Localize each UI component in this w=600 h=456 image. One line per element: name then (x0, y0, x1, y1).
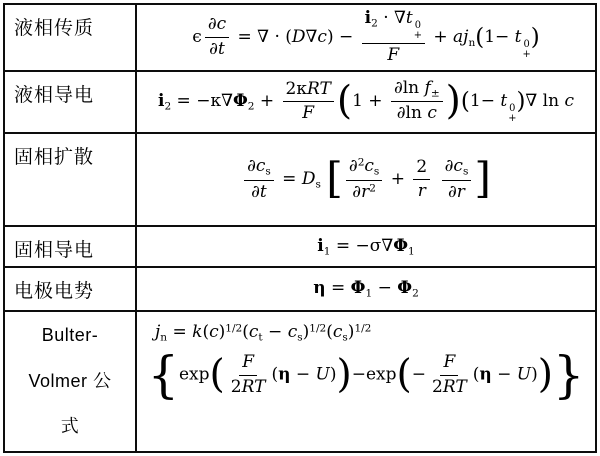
row-label-line: Volmer 公 (5, 359, 135, 405)
equations-table: 液相传质 ϵ∂c∂t = ∇ · (D∇c) − i2 · ∇t0+F + aj… (3, 3, 597, 453)
row-label: 固相扩散 (14, 147, 94, 168)
row-label: 液相导电 (14, 85, 94, 106)
table-row-butler-volmer: Bulter- Volmer 公 式 jn = k(c)1/2(ct − cs)… (4, 311, 596, 452)
row-equation-cell: jn = k(c)1/2(ct − cs)1/2(cs)1/2 {exp(F2R… (136, 311, 596, 452)
row-label-cell: 电极电势 (4, 267, 136, 311)
row-equation-cell: ϵ∂c∂t = ∇ · (D∇c) − i2 · ∇t0+F + ajn(1− … (136, 4, 596, 71)
row-equation-cell: ∂cs∂t = Ds [∂2cs∂r2 + 2r ∂cs∂r] (136, 133, 596, 226)
row-label-line: Bulter- (5, 313, 135, 359)
equation-solid-diffusion: ∂cs∂t = Ds [∂2cs∂r2 + 2r ∂cs∂r] (141, 157, 591, 202)
row-label: 固相导电 (14, 240, 94, 261)
row-label-cell: 液相导电 (4, 71, 136, 134)
equation-liquid-conduction: i2 = −κ∇Φ2 + 2κRTF(1 + ∂ln f±∂ln c)(1− t… (141, 79, 591, 125)
equation-liquid-mass-transfer: ϵ∂c∂t = ∇ · (D∇c) − i2 · ∇t0+F + ajn(1− … (141, 9, 591, 66)
table-row-solid-diffusion: 固相扩散 ∂cs∂t = Ds [∂2cs∂r2 + 2r ∂cs∂r] (4, 133, 596, 226)
row-label-cell: 液相传质 (4, 4, 136, 71)
table-row-liquid-conduction: 液相导电 i2 = −κ∇Φ2 + 2κRTF(1 + ∂ln f±∂ln c)… (4, 71, 596, 134)
table-row-electrode-potential: 电极电势 η = Φ1 − Φ2 (4, 267, 596, 311)
scanned-equation-table-page: { "colors": {"border": "#0d0d0d", "text"… (0, 0, 600, 456)
row-equation-cell: i1 = −σ∇Φ1 (136, 226, 596, 266)
row-label-cell: Bulter- Volmer 公 式 (4, 311, 136, 452)
equation-butler-volmer-line1: jn = k(c)1/2(ct − cs)1/2(cs)1/2 (141, 322, 591, 343)
row-label: 电极电势 (14, 281, 94, 302)
equation-solid-conduction: i1 = −σ∇Φ1 (141, 236, 591, 257)
table-row-solid-conduction: 固相导电 i1 = −σ∇Φ1 (4, 226, 596, 266)
row-label: Bulter- Volmer 公 式 (5, 313, 135, 451)
row-equation-cell: i2 = −κ∇Φ2 + 2κRTF(1 + ∂ln f±∂ln c)(1− t… (136, 71, 596, 134)
row-label-cell: 固相扩散 (4, 133, 136, 226)
row-label: 液相传质 (14, 18, 94, 39)
equation-butler-volmer-line2: {exp(F2RT(η − U))−exp(−F2RT(η − U))} (141, 353, 591, 397)
row-label-cell: 固相导电 (4, 226, 136, 266)
table-row-liquid-mass-transfer: 液相传质 ϵ∂c∂t = ∇ · (D∇c) − i2 · ∇t0+F + aj… (4, 4, 596, 71)
row-label-line: 式 (5, 404, 135, 450)
row-equation-cell: η = Φ1 − Φ2 (136, 267, 596, 311)
equation-electrode-potential: η = Φ1 − Φ2 (141, 278, 591, 299)
